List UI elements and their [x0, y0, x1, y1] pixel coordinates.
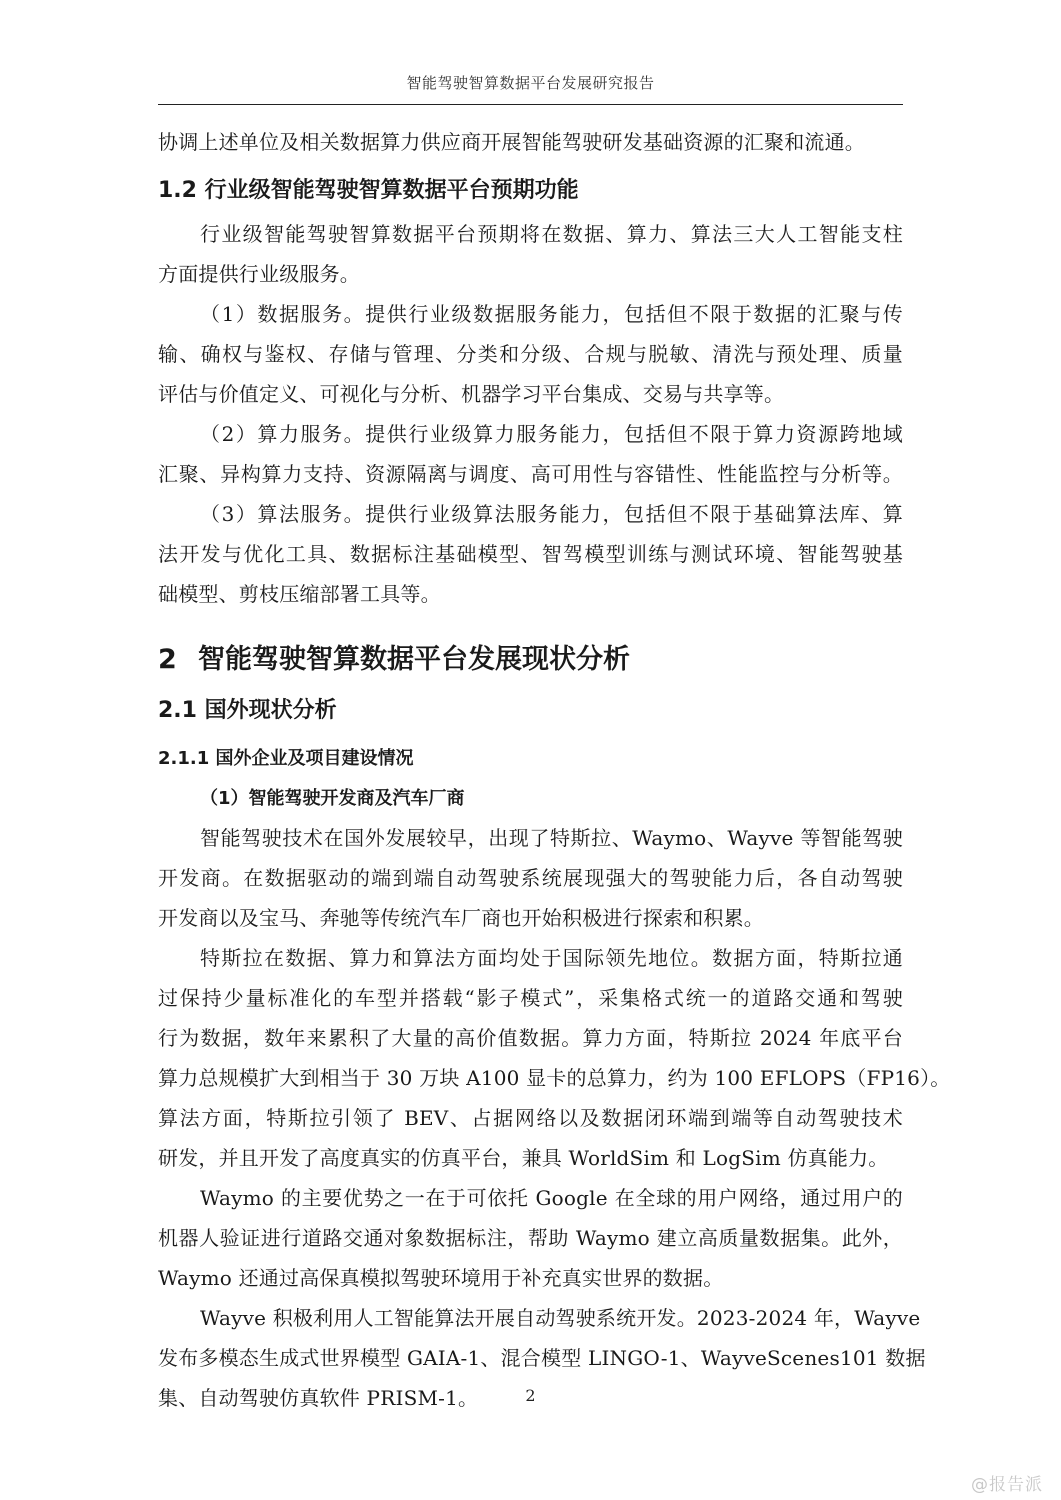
watermark: @报告派 [971, 1470, 1043, 1495]
text-line: 法开发与优化工具、数据标注基础模型、智驾模型训练与测试环境、智能驾驶基 [158, 534, 903, 574]
text-line: 协调上述单位及相关数据算力供应商开展智能驾驶研发基础资源的汇聚和流通。 [158, 122, 903, 162]
text-line: 开发商以及宝马、奔驰等传统汽车厂商也开始积极进行探索和积累。 [158, 898, 903, 938]
text-line: 特斯拉在数据、算力和算法方面均处于国际领先地位。数据方面，特斯拉通 [158, 938, 903, 978]
text-line: 机器人验证进行道路交通对象数据标注，帮助 Waymo 建立高质量数据集。此外， [158, 1218, 903, 1258]
paragraph-algorithm-service: （3）算法服务。提供行业级算法服务能力，包括但不限于基础算法库、算 法开发与优化… [158, 494, 903, 614]
section-heading-1-2: 1.2 行业级智能驾驶智算数据平台预期功能 [158, 176, 903, 206]
page-header: 智能驾驶智算数据平台发展研究报告 [158, 72, 903, 93]
paragraph-tesla: 特斯拉在数据、算力和算法方面均处于国际领先地位。数据方面，特斯拉通 过保持少量标… [158, 938, 903, 1178]
text-line: 础模型、剪枝压缩部署工具等。 [158, 574, 903, 614]
text-line: （2）算力服务。提供行业级算力服务能力，包括但不限于算力资源跨地域 [158, 414, 903, 454]
paragraph-data-service: （1）数据服务。提供行业级数据服务能力，包括但不限于数据的汇聚与传 输、确权与鉴… [158, 294, 903, 414]
text-line: 研发，并且开发了高度真实的仿真平台，兼具 WorldSim 和 LogSim 仿… [158, 1138, 903, 1178]
continuation-paragraph: 协调上述单位及相关数据算力供应商开展智能驾驶研发基础资源的汇聚和流通。 [158, 122, 903, 162]
text-line: 发布多模态生成式世界模型 GAIA-1、混合模型 LINGO-1、WayveSc… [158, 1338, 903, 1378]
paragraph-compute-service: （2）算力服务。提供行业级算力服务能力，包括但不限于算力资源跨地域 汇聚、异构算… [158, 414, 903, 494]
text-line: Wayve 积极利用人工智能算法开展自动驾驶系统开发。2023-2024 年，W… [158, 1298, 903, 1338]
text-line: 行业级智能驾驶智算数据平台预期将在数据、算力、算法三大人工智能支柱 [158, 214, 903, 254]
text-line: 输、确权与鉴权、存储与管理、分类和分级、合规与脱敏、清洗与预处理、质量 [158, 334, 903, 374]
text-line: 行为数据，数年来累积了大量的高价值数据。算力方面，特斯拉 2024 年底平台 [158, 1018, 903, 1058]
chapter-number: 2 [158, 640, 198, 680]
page-number: 2 [158, 1386, 903, 1405]
text-line: Waymo 的主要优势之一在于可依托 Google 在全球的用户网络，通过用户的 [158, 1178, 903, 1218]
chapter-title: 智能驾驶智算数据平台发展现状分析 [198, 644, 630, 675]
text-line: 评估与价值定义、可视化与分析、机器学习平台集成、交易与共享等。 [158, 374, 903, 414]
paragraph-intro: 行业级智能驾驶智算数据平台预期将在数据、算力、算法三大人工智能支柱 方面提供行业… [158, 214, 903, 294]
paragraph-waymo: Waymo 的主要优势之一在于可依托 Google 在全球的用户网络，通过用户的… [158, 1178, 903, 1298]
subheading-developers-automakers: （1）智能驾驶开发商及汽车厂商 [158, 782, 903, 816]
text-line: 过保持少量标准化的车型并搭载“影子模式”，采集格式统一的道路交通和驾驶 [158, 978, 903, 1018]
page-content: 协调上述单位及相关数据算力供应商开展智能驾驶研发基础资源的汇聚和流通。 1.2 … [158, 122, 903, 1418]
text-line: Waymo 还通过高保真模拟驾驶环境用于补充真实世界的数据。 [158, 1258, 903, 1298]
text-line: 智能驾驶技术在国外发展较早，出现了特斯拉、Waymo、Wayve 等智能驾驶 [158, 818, 903, 858]
text-line: 算力总规模扩大到相当于 30 万块 A100 显卡的总算力，约为 100 EFL… [158, 1058, 903, 1098]
text-line: 开发商。在数据驱动的端到端自动驾驶系统展现强大的驾驶能力后，各自动驾驶 [158, 858, 903, 898]
section-heading-2-1-1: 2.1.1 国外企业及项目建设情况 [158, 744, 903, 774]
header-rule [158, 104, 903, 105]
section-heading-2-1: 2.1 国外现状分析 [158, 696, 903, 726]
text-line: 方面提供行业级服务。 [158, 254, 903, 294]
paragraph-overview: 智能驾驶技术在国外发展较早，出现了特斯拉、Waymo、Wayve 等智能驾驶 开… [158, 818, 903, 938]
text-line: 汇聚、异构算力支持、资源隔离与调度、高可用性与容错性、性能监控与分析等。 [158, 454, 903, 494]
text-line: （1）数据服务。提供行业级数据服务能力，包括但不限于数据的汇聚与传 [158, 294, 903, 334]
chapter-heading-2: 2智能驾驶智算数据平台发展现状分析 [158, 640, 903, 680]
text-line: （3）算法服务。提供行业级算法服务能力，包括但不限于基础算法库、算 [158, 494, 903, 534]
text-line: 算法方面，特斯拉引领了 BEV、占据网络以及数据闭环端到端等自动驾驶技术 [158, 1098, 903, 1138]
